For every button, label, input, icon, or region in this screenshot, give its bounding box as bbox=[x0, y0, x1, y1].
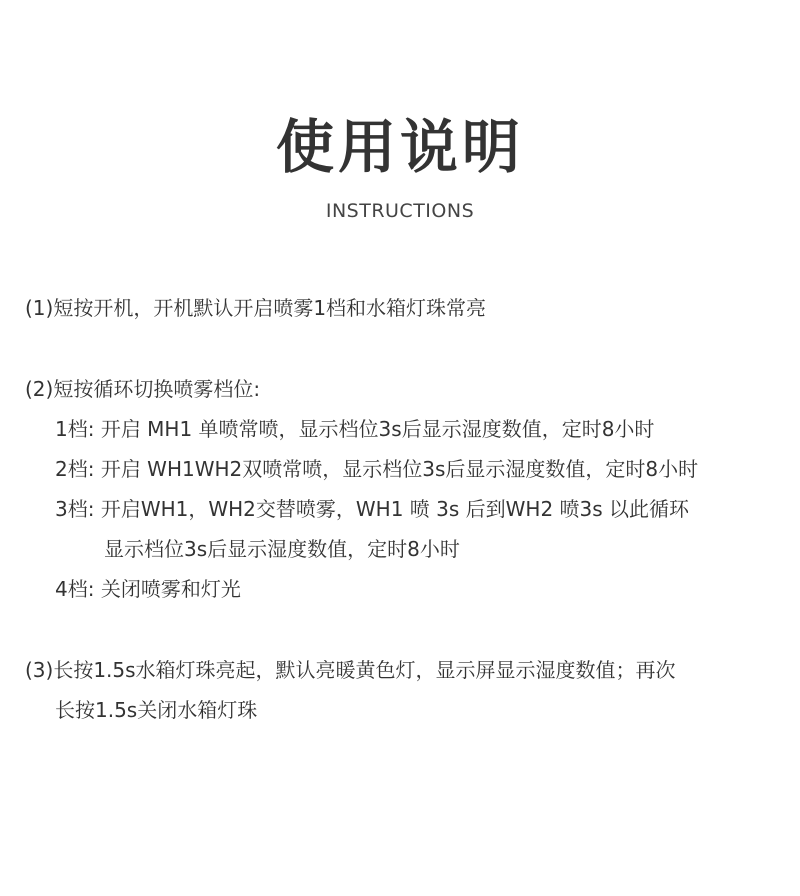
gear-3-description-continued: 显示档位3s后显示湿度数值，定时8小时 bbox=[104, 535, 460, 563]
instruction-2-heading: (2)短按循环切换喷雾档位: bbox=[25, 375, 260, 403]
gear-2-description: 2档: 开启 WH1WH2双喷常喷，显示档位3s后显示湿度数值，定时8小时 bbox=[55, 455, 698, 483]
instruction-1: (1)短按开机，开机默认开启喷雾1档和水箱灯珠常亮 bbox=[25, 294, 486, 322]
instruction-3: (3)长按1.5s水箱灯珠亮起，默认亮暖黄色灯，显示屏显示湿度数值；再次 bbox=[25, 656, 676, 684]
gear-4-description: 4档: 关闭喷雾和灯光 bbox=[55, 575, 241, 603]
gear-3-description: 3档: 开启WH1，WH2交替喷雾，WH1 喷 3s 后到WH2 喷3s 以此循… bbox=[55, 495, 689, 523]
instruction-3-continued: 长按1.5s关闭水箱灯珠 bbox=[55, 696, 257, 724]
page-title: 使用说明 bbox=[0, 112, 800, 182]
gear-1-description: 1档: 开启 MH1 单喷常喷，显示档位3s后显示湿度数值，定时8小时 bbox=[55, 415, 654, 443]
page-subtitle: INSTRUCTIONS bbox=[0, 198, 800, 224]
